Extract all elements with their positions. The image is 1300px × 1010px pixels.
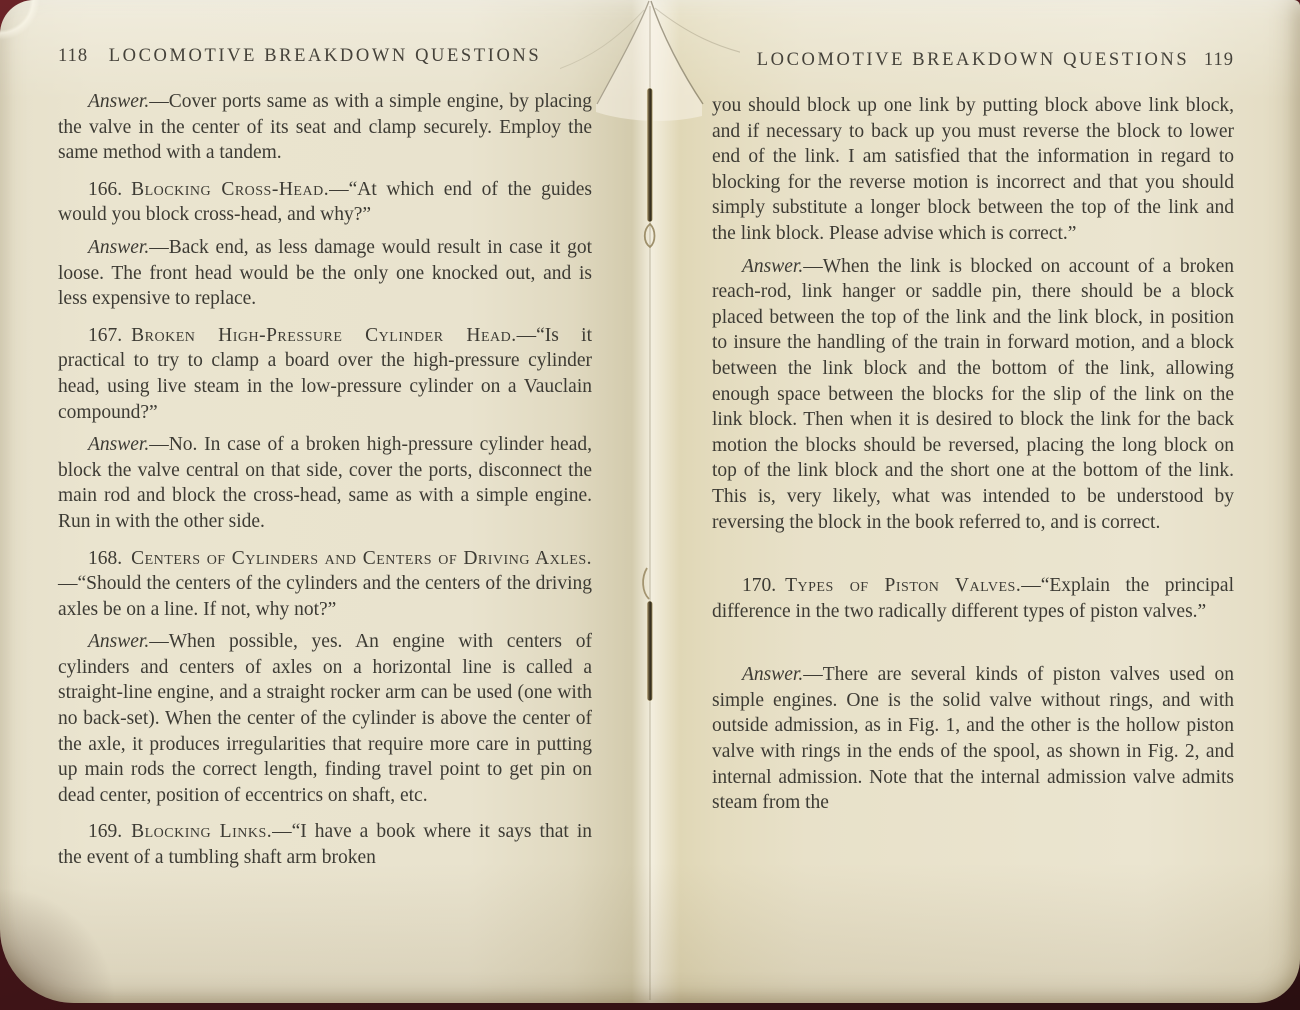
question-number: 167.: [88, 325, 122, 346]
answer-label: Answer.: [742, 664, 803, 685]
question-paragraph: 168.Centers of Cylinders and Centers of …: [58, 546, 592, 623]
answer-paragraph: Answer.—No. In case of a broken high-pre…: [58, 432, 592, 534]
answer-label: Answer.: [88, 91, 149, 112]
running-title-left: LOCOMOTIVE BREAKDOWN QUESTIONS: [109, 46, 542, 66]
question-title: Blocking Cross-Head.: [131, 179, 329, 200]
question-paragraph: 169.Blocking Links.—“I have a book where…: [58, 819, 592, 870]
answer-label: Answer.: [88, 631, 149, 652]
answer-label: Answer.: [742, 256, 803, 277]
answer-paragraph: Answer.—Cover ports same as with a simpl…: [58, 89, 592, 166]
page-body-left: Answer.—Cover ports same as with a simpl…: [58, 89, 592, 871]
answer-label: Answer.: [88, 237, 149, 258]
page-right: LOCOMOTIVE BREAKDOWN QUESTIONS 119 you s…: [650, 0, 1300, 1003]
book-spread: 118 LOCOMOTIVE BREAKDOWN QUESTIONS Answe…: [0, 0, 1300, 1003]
book-photo: 118 LOCOMOTIVE BREAKDOWN QUESTIONS Answe…: [0, 0, 1300, 1010]
running-head-right: LOCOMOTIVE BREAKDOWN QUESTIONS 119: [712, 50, 1234, 71]
answer-label: Answer.: [88, 434, 149, 455]
answer-paragraph: Answer.—There are several kinds of pisto…: [712, 662, 1234, 816]
page-left: 118 LOCOMOTIVE BREAKDOWN QUESTIONS Answe…: [0, 0, 650, 1003]
running-title-right: LOCOMOTIVE BREAKDOWN QUESTIONS: [757, 50, 1190, 70]
answer-paragraph: Answer.—When possible, yes. An engine wi…: [58, 629, 592, 808]
page-body-right: you should block up one link by putting …: [712, 93, 1234, 816]
question-paragraph: 170.Types of Piston Valves.—“Explain the…: [712, 573, 1234, 624]
question-title: Centers of Cylinders and Centers of Driv…: [131, 548, 592, 569]
question-title: Broken High-Pressure Cylinder Head.: [131, 325, 517, 346]
question-number: 170.: [742, 575, 776, 596]
page-number-left: 118: [58, 46, 88, 67]
continuation-paragraph: you should block up one link by putting …: [712, 93, 1234, 247]
page-number-right: 119: [1204, 50, 1234, 71]
question-paragraph: 167.Broken High-Pressure Cylinder Head.—…: [58, 323, 592, 425]
question-number: 168.: [88, 548, 122, 569]
answer-paragraph: Answer.—Back end, as less damage would r…: [58, 235, 592, 312]
question-title: Blocking Links.: [131, 821, 272, 842]
question-paragraph: 166.Blocking Cross-Head.—“At which end o…: [58, 177, 592, 228]
question-number: 169.: [88, 821, 122, 842]
running-head-left: 118 LOCOMOTIVE BREAKDOWN QUESTIONS: [58, 46, 592, 67]
question-number: 166.: [88, 179, 122, 200]
answer-paragraph: Answer.—When the link is blocked on acco…: [712, 254, 1234, 536]
question-title: Types of Piston Valves.: [785, 575, 1021, 596]
